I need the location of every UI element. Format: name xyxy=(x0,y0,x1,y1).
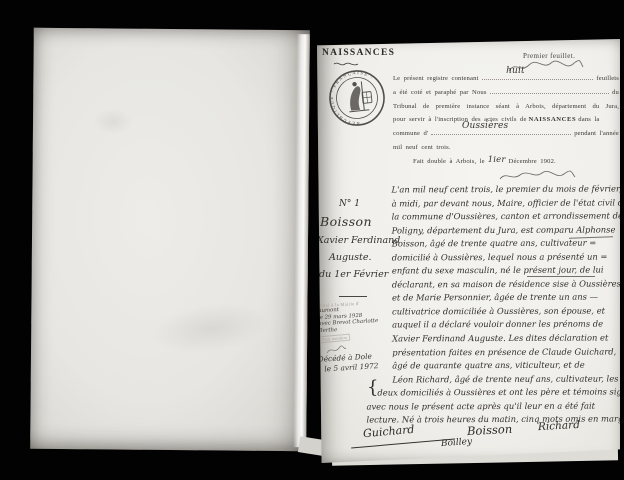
handwritten-feuillet-count: huit xyxy=(506,65,525,79)
act-line: Boisson, âgé de trente quatre ans, culti… xyxy=(366,237,622,252)
act-line: domicilié à Oussières, lequel nous a pré… xyxy=(366,250,622,265)
act-line: Léon Richard, âgé de trente neuf ans, cu… xyxy=(366,372,622,387)
act-line: Xavier Ferdinand Auguste. Les dites décl… xyxy=(366,331,622,346)
preamble-line-5: commune d' Oussières pendant l'année xyxy=(393,127,619,141)
margin-divider xyxy=(339,296,367,297)
act-line: à midi, par devant nous, Maire, officier… xyxy=(366,196,622,211)
signature-boilley: Boilley xyxy=(441,437,473,449)
blank-underline xyxy=(490,93,610,94)
signature-richard: Richard xyxy=(538,419,580,433)
blank-underline: Oussières xyxy=(431,134,571,135)
act-line: et de Marie Personnier, âgée de trente u… xyxy=(366,291,622,306)
act-line: âgé de quarante quatre ans, viticulteur,… xyxy=(366,359,622,374)
preamble-line-1: Le présent registre contenant huit feuil… xyxy=(393,72,619,86)
birth-act-text: L'an mil neuf cent trois, le premier du … xyxy=(365,182,622,427)
margin-act-number: N° 1 xyxy=(339,199,360,209)
margin-given-names: Xavier Ferdinand xyxy=(317,235,400,246)
act-line: deux domiciliés à Oussières et ont les p… xyxy=(366,386,622,401)
margin-surname: Boisson xyxy=(320,214,372,229)
margin-given-names: Auguste. xyxy=(329,252,372,263)
act-line: la commune d'Oussières, canton et arrond… xyxy=(366,210,622,225)
preamble-line-6: mil neuf cent trois. xyxy=(393,141,619,155)
act-line: L'an mil neuf cent trois, le premier du … xyxy=(365,182,621,197)
register-recto-page: NAISSANCES Premier feuillet. RÉPUBLIQUE … xyxy=(317,39,620,463)
printed-preamble: Le présent registre contenant huit feuil… xyxy=(393,72,619,169)
act-line: avec nous le présent acte après qu'il le… xyxy=(366,399,622,414)
republique-francaise-seal-stamp: RÉPUBLIQUE · FRANÇAISE · xyxy=(323,64,391,132)
margin-brace: { xyxy=(367,377,378,398)
page-stain xyxy=(93,108,133,134)
preamble-line-2: a été coté et paraphé par Nous du xyxy=(393,86,619,100)
act-line: cultivatrice domiciliée à Oussières, son… xyxy=(366,304,622,319)
archival-scan-background: NAISSANCES Premier feuillet. RÉPUBLIQUE … xyxy=(0,0,624,480)
underlying-sheet-corner xyxy=(298,436,324,456)
act-line: auquel il a déclaré vouloir donner les p… xyxy=(366,318,622,333)
act-line: présentation faites en présence de Claud… xyxy=(366,345,622,360)
preamble-line-3: Tribunal de première instance séant à Ar… xyxy=(393,100,619,114)
interline-scribble xyxy=(497,169,577,183)
left-blank-page xyxy=(30,28,310,451)
page-edge-stack xyxy=(293,34,310,447)
blank-underline: huit xyxy=(482,79,594,80)
mention-stamp: Pour mention xyxy=(319,334,350,344)
act-line: déclarant, en sa maison de résidence sis… xyxy=(366,277,622,292)
death-marginal-mention: Décédé à Dole le 5 avril 1972 xyxy=(317,351,378,374)
handwritten-day: 1ier xyxy=(488,154,506,168)
register-title: NAISSANCES xyxy=(322,48,395,58)
act-line: Poligny, département du Jura, est compar… xyxy=(366,223,622,238)
naissances-keyword: NAISSANCES xyxy=(529,113,577,127)
margin-act-date: du 1er Février xyxy=(319,269,388,280)
marriage-marginal-mention: Marié à la Mairie d' Aumont le 29 mars 1… xyxy=(317,299,401,335)
preamble-line-7: Fait double à Arbois, le 1ier Décembre 1… xyxy=(393,155,619,169)
emphasis-underline xyxy=(527,276,595,277)
signature-boisson: Boisson xyxy=(467,422,513,438)
signature-flourish xyxy=(351,438,455,448)
page-stain xyxy=(149,297,274,360)
handwritten-commune: Oussières xyxy=(462,120,508,134)
